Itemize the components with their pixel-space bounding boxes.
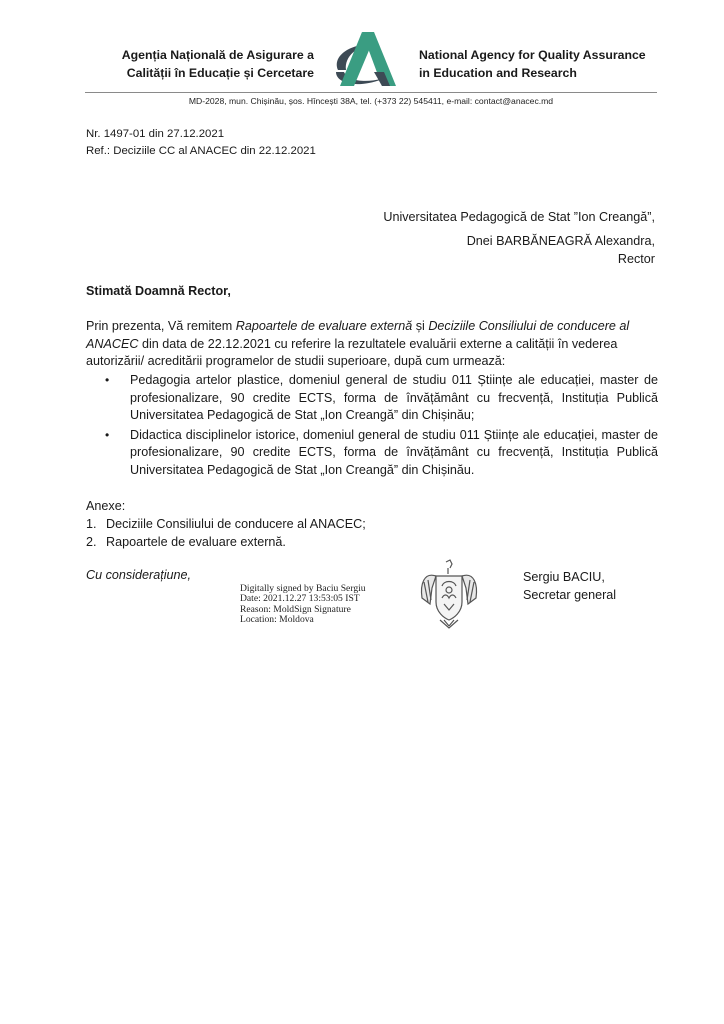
agency-name-ro-line-2: Calității în Educație și Cercetare [100, 64, 314, 82]
digsig-location: Location: Moldova [240, 615, 366, 625]
salutation: Stimată Doamnă Rector, [86, 284, 231, 298]
recipient-block: Universitatea Pedagogică de Stat ”Ion Cr… [383, 206, 655, 270]
header-divider [85, 92, 657, 93]
closing-phrase: Cu considerațiune, [86, 568, 191, 582]
intro-reports-title: Rapoartele de evaluare externă [236, 319, 412, 333]
annex-item: 2. Rapoartele de evaluare externă. [86, 533, 366, 551]
agency-address: MD-2028, mun. Chișinău, șos. Hîncești 38… [85, 96, 657, 106]
annex-title: Anexe: [86, 499, 125, 513]
anacec-logo-icon [330, 30, 400, 90]
program-item: Didactica disciplinelor istorice, domeni… [86, 427, 658, 480]
reference-number: Nr. 1497-01 din 27.12.2021 [86, 126, 316, 143]
reference-ref: Ref.: Deciziile CC al ANACEC din 22.12.2… [86, 143, 316, 160]
program-item: Pedagogia artelor plastice, domeniul gen… [86, 372, 658, 425]
agency-name-en-line-1: National Agency for Quality Assurance [419, 46, 679, 64]
signer-name: Sergiu BACIU, [523, 568, 616, 586]
annex-list: 1. Deciziile Consiliului de conducere al… [86, 515, 366, 551]
signer-block: Sergiu BACIU, Secretar general [523, 568, 616, 604]
letter-body-intro: Prin prezenta, Vă remitem Rapoartele de … [86, 318, 658, 371]
recipient-institution: Universitatea Pedagogică de Stat ”Ion Cr… [383, 206, 655, 228]
digital-signature-stamp[interactable]: Digitally signed by Baciu Sergiu Date: 2… [240, 584, 366, 626]
annex-text: Rapoartele de evaluare externă. [106, 535, 286, 549]
agency-name-ro-line-1: Agenția Națională de Asigurare a [100, 46, 314, 64]
annex-number: 2. [86, 533, 97, 551]
intro-suffix: din data de 22.12.2021 cu referire la re… [86, 337, 617, 369]
intro-conjunction: și [412, 319, 428, 333]
agency-name-en-line-2: in Education and Research [419, 64, 679, 82]
reference-block: Nr. 1497-01 din 27.12.2021 Ref.: Decizii… [86, 126, 316, 160]
moldova-coat-of-arms-icon [416, 558, 482, 630]
annex-item: 1. Deciziile Consiliului de conducere al… [86, 515, 366, 533]
annex-number: 1. [86, 515, 97, 533]
program-list: Pedagogia artelor plastice, domeniul gen… [86, 372, 658, 482]
intro-prefix: Prin prezenta, Vă remitem [86, 319, 236, 333]
agency-name-en: National Agency for Quality Assurance in… [419, 46, 679, 82]
agency-name-ro: Agenția Națională de Asigurare a Calităț… [100, 46, 314, 82]
annex-text: Deciziile Consiliului de conducere al AN… [106, 517, 366, 531]
signer-position: Secretar general [523, 586, 616, 604]
